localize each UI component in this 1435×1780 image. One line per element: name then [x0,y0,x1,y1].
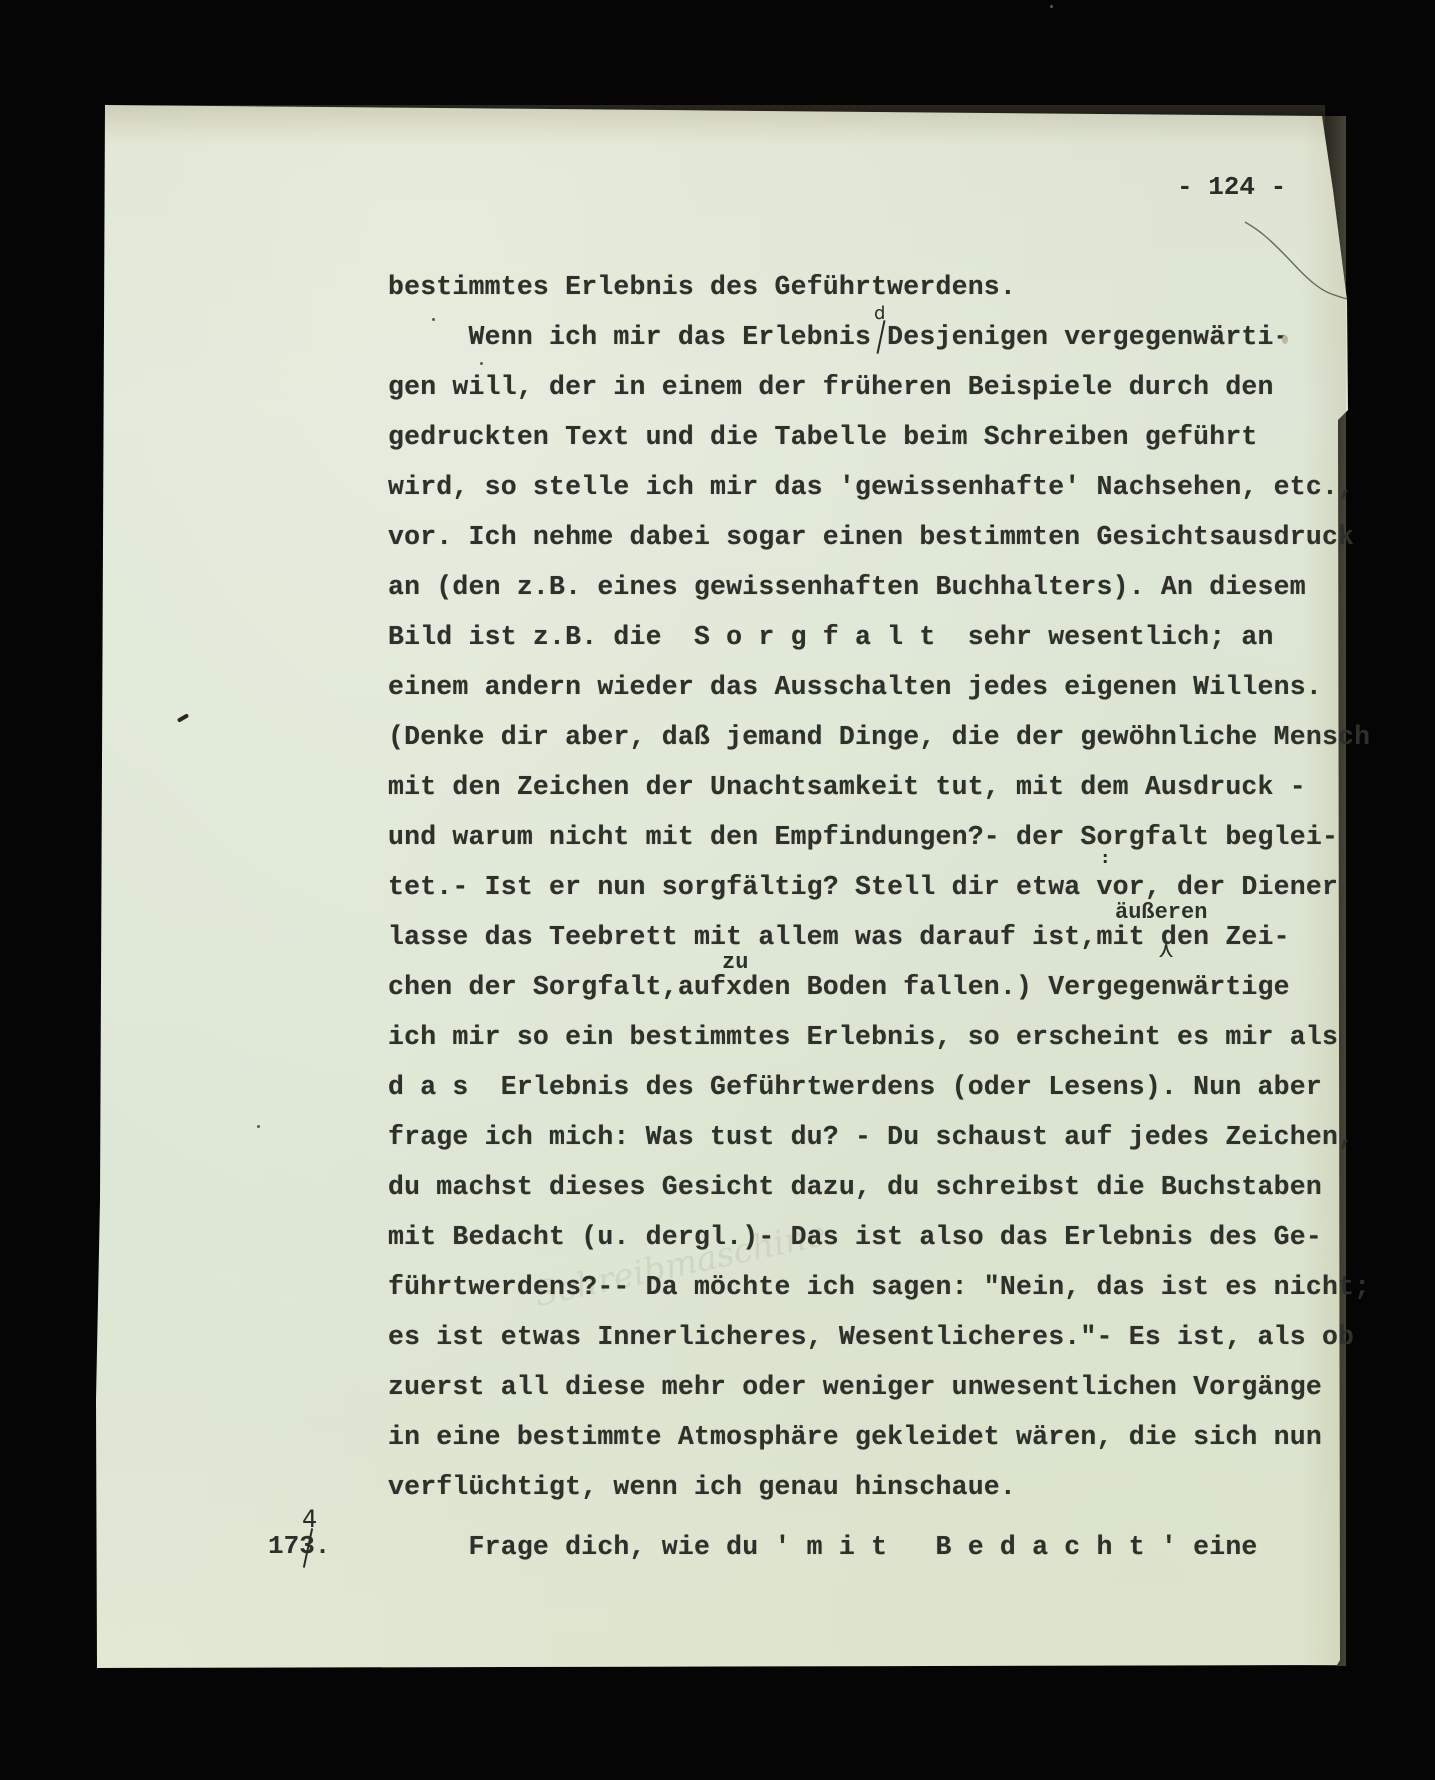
text-line-3: gen will, der in einem der früheren Beis… [388,372,1274,402]
text-line-11: mit den Zeichen der Unachtsamkeit tut, m… [388,772,1306,802]
paper-speck [257,1125,260,1128]
text-line-16: ich mir so ein bestimmtes Erlebnis, so e… [388,1022,1338,1052]
text-line-24: in eine bestimmte Atmosphäre gekleidet w… [388,1422,1322,1452]
inserted-word-zu: zu [722,950,748,975]
text-line-14: lasse das Teebrett mit allem was darauf … [388,922,1290,952]
text-line-2: Wenn ich mir das Erlebnis Desjenigen ver… [388,322,1290,352]
text-line-20: mit Bedacht (u. dergl.)- Das ist also da… [388,1222,1322,1252]
paper-top-stain [105,105,1325,145]
colon-insert: : [1102,850,1108,866]
text-line-5: wird, so stelle ich mir das 'gewissenhaf… [388,472,1354,502]
handwritten-section-correction: 4 [302,1507,317,1531]
page-number: - 124 - [1177,172,1286,202]
text-line-13: tet.- Ist er nun sorgfältig? Stell dir e… [388,872,1338,902]
text-line-6: vor. Ich nehme dabei sogar einen bestimm… [388,522,1354,552]
paper-stain [1282,335,1288,344]
text-line-9: einem andern wieder das Ausschalten jede… [388,672,1322,702]
section-number: 173. [268,1531,330,1561]
text-line-22: es ist etwas Innerlicheres, Wesentlicher… [388,1322,1354,1352]
paper-speck [432,318,435,321]
text-line-12: und warum nicht mit den Empfindungen?- d… [388,822,1338,852]
text-line-19: du machst dieses Gesicht dazu, du schrei… [388,1172,1322,1202]
text-line-18: frage ich mich: Was tust du? - Du schaus… [388,1122,1354,1152]
handwritten-d-correction: d [874,305,885,323]
text-line-7: an (den z.B. eines gewissenhaften Buchha… [388,572,1306,602]
insert-caret-icon: ⋏ [1158,940,1174,962]
text-line-25: verflüchtigt, wenn ich genau hinschaue. [388,1472,1016,1502]
text-line-23: zuerst all diese mehr oder weniger unwes… [388,1372,1322,1402]
text-line-21: führtwerdens?-- Da möchte ich sagen: "Ne… [388,1272,1370,1302]
text-line-15: chen der Sorgfalt,aufxden Boden fallen.)… [388,972,1290,1002]
text-line-17: d a s Erlebnis des Geführtwerdens (oder … [388,1072,1322,1102]
text-line-8: Bild ist z.B. die S o r g f a l t sehr w… [388,622,1274,652]
background-speck [1050,5,1053,8]
scanned-typescript-page: Schreibmaschine - 124 - bestimmtes Erleb… [0,0,1435,1780]
text-line-10: (Denke dir aber, daß jemand Dinge, die d… [388,722,1370,752]
text-line-26: Frage dich, wie du ' m i t B e d a c h t… [388,1532,1258,1562]
text-line-1: bestimmtes Erlebnis des Geführtwerdens. [388,272,1016,302]
text-line-4: gedruckten Text und die Tabelle beim Sch… [388,422,1258,452]
paper-speck [480,362,483,365]
inserted-word-aeusseren: äußeren [1115,900,1207,925]
